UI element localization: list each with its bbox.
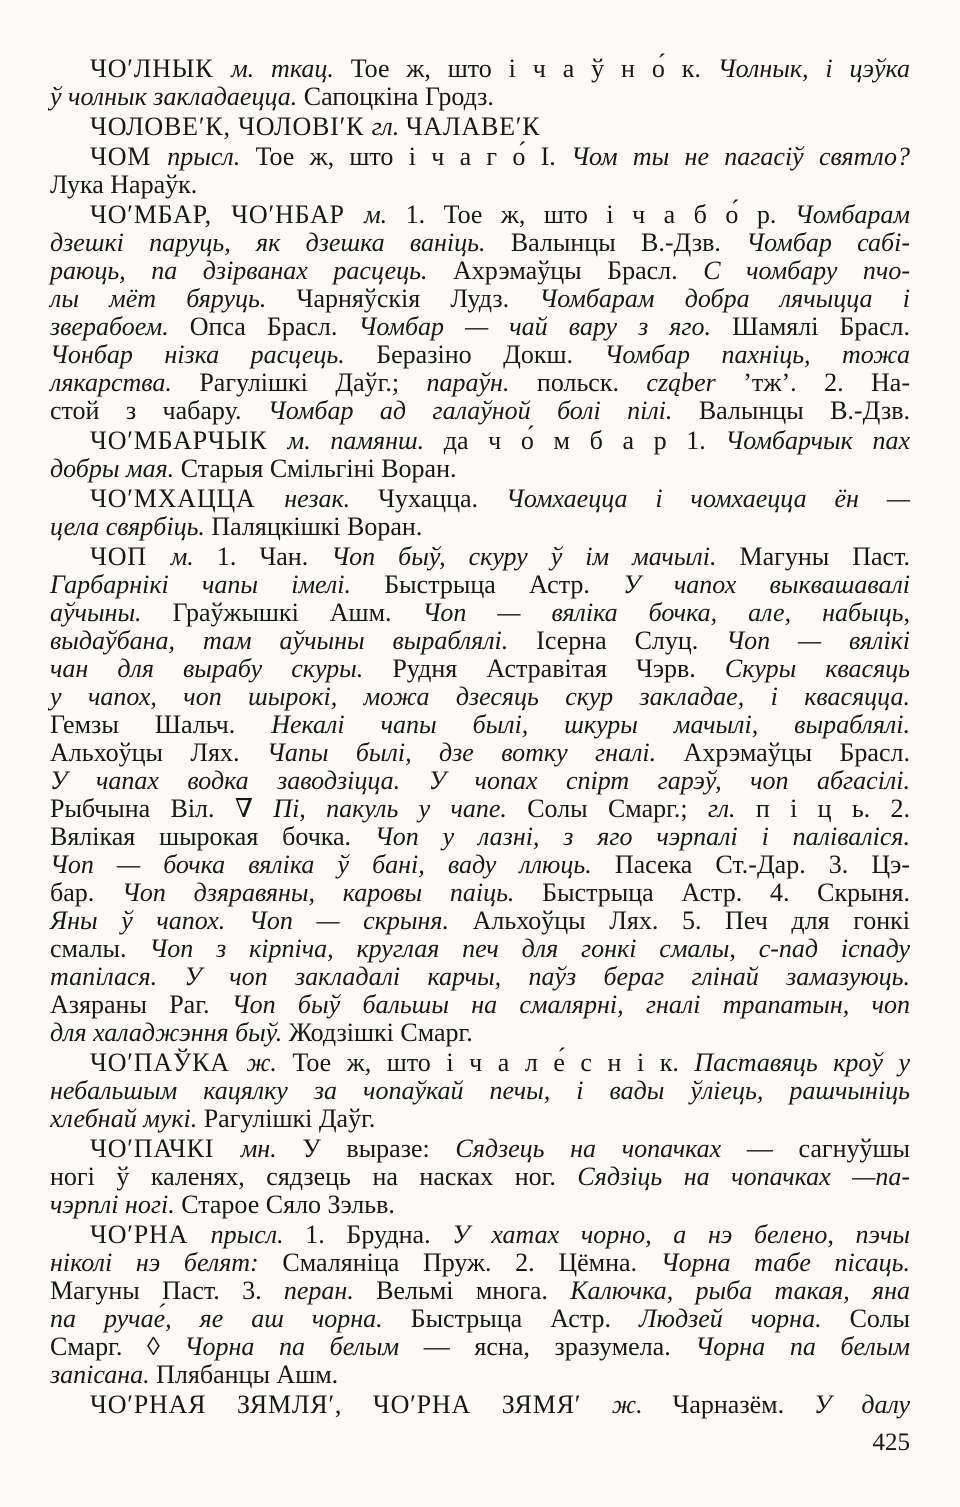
plain-text: смалы. xyxy=(50,934,149,963)
text-line: ЧО′РНА прысл. 1. Брудна. У хатах чорно, … xyxy=(50,1221,910,1249)
example-italic-text: Чоп з кірпіча, круглая печ для гонкі сма… xyxy=(149,934,910,963)
plain-text: Магуны Паст. 3. xyxy=(50,1276,284,1305)
headword-text: ЧО′РНА xyxy=(90,1220,211,1249)
example-italic-text: Чоп — вяліка бочка, але, набыць, xyxy=(423,598,910,627)
text-line: зверабоем. Опса Брасл. Чомбар — чай вару… xyxy=(50,313,910,341)
example-italic-text: Чорна табе пісаць. xyxy=(661,1248,910,1277)
plain-text: Тое ж, што і ч а г о́ I. xyxy=(256,142,572,171)
plain-text: Тое ж, што і ч а ў н о́ к. xyxy=(351,54,718,83)
plain-text: польск. xyxy=(537,368,647,397)
plain-text: Беразіно Докш. xyxy=(376,340,604,369)
example-italic-text: Чоп быў, скуру ў ім мачылі. xyxy=(331,542,739,571)
plain-text: Чарняўскія Лудз. xyxy=(297,284,540,313)
example-italic-text: зверабоем. xyxy=(50,312,190,341)
text-line: ў чолнык закладаецца. Сапоцкіна Гродз. xyxy=(50,83,910,111)
text-line: добры мая. Старыя Смільгіні Воран. xyxy=(50,455,910,483)
text-line: смалы. Чоп з кірпіча, круглая печ для го… xyxy=(50,935,910,963)
example-italic-text: параўн. xyxy=(427,368,537,397)
example-italic-text: Людзей чорна. xyxy=(639,1304,850,1333)
text-line: ніколі нэ белят: Смаляніца Пруж. 2. Цёмн… xyxy=(50,1249,910,1277)
example-italic-text: па ручае́, яе аш чорна. xyxy=(50,1304,411,1333)
plain-text: Плябанцы Ашм. xyxy=(156,1360,338,1389)
example-italic-text: перан. xyxy=(284,1276,376,1305)
headword-text: ЧО′МБАРЧЫК xyxy=(90,426,288,455)
plain-text: Азяраны Раг. xyxy=(50,990,232,1019)
text-line: хлебнай мукі. Рагулішкі Даўг. xyxy=(50,1105,910,1133)
example-italic-text: У хатах чорно, а нэ белено, пэчы xyxy=(452,1220,910,1249)
text-line: ЧО′РНАЯ ЗЯМЛЯ′, ЧО′РНА ЗЯМЯ′ ж. Чарназём… xyxy=(50,1391,910,1419)
text-line: Рыбчына Віл. ∇ Пі, пакуль у чапе. Солы С… xyxy=(50,795,910,823)
example-italic-text: Гарбарнікі чапы імелі. xyxy=(50,570,384,599)
example-italic-text: чан для вырабу скуры. xyxy=(50,654,392,683)
example-italic-text: Чомхаецца і чомхаецца ён — xyxy=(506,484,910,513)
example-italic-text: ў чолнык закладаецца. xyxy=(50,82,304,111)
text-line: Яны ў чапох. Чоп — скрыня. Альхоўцы Лях.… xyxy=(50,907,910,935)
page-number: 425 xyxy=(50,1429,912,1457)
example-italic-text: Чомбар пахніць, тожа xyxy=(604,340,910,369)
plain-text: — ясна, зразумела. xyxy=(424,1332,696,1361)
plain-text: Гемзы Шальч. xyxy=(50,710,271,739)
headword-text: ЧОП xyxy=(90,542,171,571)
example-italic-text: Чоп быў бальшы на смалярні, гналі трапат… xyxy=(232,990,910,1019)
text-line: цела свярбіць. Паляцкішкі Воран. xyxy=(50,513,910,541)
plain-text: ’тж’. 2. На- xyxy=(743,368,910,397)
plain-text: 1. Брудна. xyxy=(305,1220,452,1249)
text-line: ЧО′МБАРЧЫК м. памянш. да ч о́ м б а р 1.… xyxy=(50,427,910,455)
text-line: у чапох, чоп шырокі, можа дзесяць скур з… xyxy=(50,683,910,711)
text-line: Магуны Паст. 3. перан. Вельмі многа. Кал… xyxy=(50,1277,910,1305)
plain-text: Валынцы В.-Дзв. xyxy=(699,396,910,425)
example-italic-text: Чом ты не пагасіў святло? xyxy=(571,142,910,171)
text-line: па ручае́, яе аш чорна. Быстрыца Астр. Л… xyxy=(50,1305,910,1333)
text-line: Чонбар нізка расцець. Беразіно Докш. Чом… xyxy=(50,341,910,369)
example-italic-text: м. xyxy=(171,542,217,571)
text-line: чан для вырабу скуры. Рудня Астравітая Ч… xyxy=(50,655,910,683)
headword-text: ЧАЛАВЕ′К xyxy=(406,112,541,141)
example-italic-text: Сядзіць на чопачках —па- xyxy=(577,1162,910,1191)
text-line: ЧО′ПАЎКА ж. Тое ж, што і ч а л е́ с н і … xyxy=(50,1049,910,1077)
plain-text: Солы xyxy=(850,1304,910,1333)
plain-text: Граўжышкі Ашм. xyxy=(173,598,423,627)
example-italic-text: раюць, па дзірванах расцець. xyxy=(50,256,453,285)
text-line: Гемзы Шальч. Некалі чапы былі, шкуры мач… xyxy=(50,711,910,739)
plain-text: Смарг. ◊ xyxy=(50,1332,185,1361)
example-italic-text: Чомбарам добра лячыцца і xyxy=(539,284,910,313)
plain-text: п і ц ь. 2. xyxy=(756,794,910,823)
example-italic-text: запісана. xyxy=(50,1360,156,1389)
example-italic-text: Чомбар сабі- xyxy=(746,228,910,257)
plain-text: У выразе: xyxy=(302,1134,455,1163)
plain-text: Ісерна Слуц. xyxy=(536,626,726,655)
text-line: аўчыны. Граўжышкі Ашм. Чоп — вяліка бочк… xyxy=(50,599,910,627)
plain-text: Вельмі многа. xyxy=(376,1276,570,1305)
example-italic-text: лы мёт бяруць. xyxy=(50,284,297,313)
example-italic-text: тапілася. У чоп закладалі карчы, паўз бе… xyxy=(50,962,910,991)
example-italic-text: Пі, пакуль у чапе. xyxy=(273,794,527,823)
example-italic-text: Чомбарчык пах xyxy=(725,426,910,455)
headword-text: ЧО′ЛНЫК xyxy=(90,54,231,83)
example-italic-text: добры мая. xyxy=(50,454,181,483)
plain-text: бар. xyxy=(50,878,122,907)
headword-text: ЧО′ПАЎКА xyxy=(90,1048,246,1077)
example-italic-text: незак. xyxy=(284,484,378,513)
example-italic-text: Яны ў чапох. Чоп — скрыня. xyxy=(50,906,473,935)
example-italic-text: выдаўбана, там аўчыны выраблялі. xyxy=(50,626,536,655)
example-italic-text: Чомбарам xyxy=(795,200,910,229)
example-italic-text: ж. xyxy=(246,1048,292,1077)
plain-text: Старое Сяло Зэльв. xyxy=(181,1190,395,1219)
example-italic-text: дзешкі паруць, як дзешка ваніць. xyxy=(50,228,511,257)
plain-text: — сагнуўшы xyxy=(747,1134,910,1163)
headword-text: ЧОМ xyxy=(90,142,167,171)
plain-text: ногі ў каленях, сядзець на насках ног. xyxy=(50,1162,577,1191)
text-line: Вялікая шырокая бочка. Чоп у лазні, з яг… xyxy=(50,823,910,851)
plain-text: Солы Смарг.; xyxy=(527,794,708,823)
example-italic-text: У чапох выквашавалі xyxy=(623,570,910,599)
example-italic-text: у чапох, чоп шырокі, можа дзесяць скур з… xyxy=(50,682,910,711)
text-line: ЧОЛОВЕ′К, ЧОЛОВІ′К гл. ЧАЛАВЕ′К xyxy=(50,113,910,141)
example-italic-text: Некалі чапы былі, шкуры мачылі, выраблял… xyxy=(271,710,910,739)
example-italic-text: Чомбар — чай вару з яго. xyxy=(358,312,732,341)
text-line: запісана. Плябанцы Ашм. xyxy=(50,1361,910,1389)
plain-text: Опса Брасл. xyxy=(190,312,359,341)
example-italic-text: гл. xyxy=(708,794,756,823)
text-line: ЧО′МБАР, ЧО′НБАР м. 1. Тое ж, што і ч а … xyxy=(50,201,910,229)
example-italic-text: ж. xyxy=(612,1390,673,1419)
plain-text: Быстрыца Астр. 4. Скрыня. xyxy=(542,878,910,907)
example-italic-text: небальшым кацялку за чопаўкай печы, і ва… xyxy=(50,1076,910,1105)
plain-text: Чухацца. xyxy=(378,484,506,513)
text-line: дзешкі паруць, як дзешка ваніць. Валынцы… xyxy=(50,229,910,257)
text-line: ЧО′ПАЧКІ мн. У выразе: Сядзець на чопачк… xyxy=(50,1135,910,1163)
dictionary-page: ЧО′ЛНЫК м. ткац. Тое ж, што і ч а ў н о́… xyxy=(0,0,960,1507)
plain-text: Чарназём. xyxy=(672,1390,814,1419)
plain-text: Рагулішкі Даўг. xyxy=(204,1104,376,1133)
text-line: Гарбарнікі чапы імелі. Быстрыца Астр. У … xyxy=(50,571,910,599)
example-italic-text: cząber xyxy=(646,368,743,397)
headword-text: ЧОЛОВЕ′К, ЧОЛОВІ′К xyxy=(90,112,372,141)
plain-text: Альхоўцы Лях. 5. Печ для гонкі xyxy=(473,906,910,935)
plain-text: Ахрэмаўцы Брасл. xyxy=(453,256,703,285)
text-line: Альхоўцы Лях. Чапы былі, дзе вотку гналі… xyxy=(50,739,910,767)
text-line: Чоп — бочка вяліка ў бані, ваду ллюць. П… xyxy=(50,851,910,879)
example-italic-text: м. ткац. xyxy=(231,54,351,83)
plain-text: Пасека Ст.-Дар. 3. Цэ- xyxy=(615,850,910,879)
text-line: бар. Чоп дзяравяны, каровы паіць. Быстры… xyxy=(50,879,910,907)
headword-text: ЧО′РНАЯ ЗЯМЛЯ′, ЧО′РНА ЗЯМЯ′ xyxy=(90,1390,612,1419)
text-line: ногі ў каленях, сядзець на насках ног. С… xyxy=(50,1163,910,1191)
headword-text: ЧО′ПАЧКІ xyxy=(90,1134,241,1163)
example-italic-text: для халаджэння быў. xyxy=(50,1018,289,1047)
text-line: чэрплі ногі. Старое Сяло Зэльв. xyxy=(50,1191,910,1219)
example-italic-text: мн. xyxy=(241,1134,303,1163)
plain-text: Альхоўцы Лях. xyxy=(50,738,267,767)
text-line: Лука Нараўк. xyxy=(50,171,910,199)
plain-text: Валынцы В.-Дзв. xyxy=(511,228,746,257)
plain-text: Магуны Паст. xyxy=(740,542,911,571)
plain-text: 1. Тое ж, што і ч а б о́ р. xyxy=(406,200,795,229)
text-line: выдаўбана, там аўчыны выраблялі. Ісерна … xyxy=(50,627,910,655)
text-line: ЧО′ЛНЫК м. ткац. Тое ж, што і ч а ў н о́… xyxy=(50,55,910,83)
example-italic-text: У чапах водка заводзіцца. У чопах спірт … xyxy=(50,766,910,795)
example-italic-text: Чоп у лазні, з яго чэрпалі і паліваліся. xyxy=(375,822,910,851)
example-italic-text: лякарства. xyxy=(50,368,199,397)
example-italic-text: м. xyxy=(364,200,406,229)
headword-text: ЧО′МХАЦЦА xyxy=(90,484,284,513)
plain-text: Рудня Астравітая Чэрв. xyxy=(392,654,725,683)
plain-text: Рыбчына Віл. ∇ xyxy=(50,794,273,823)
example-italic-text: прысл. xyxy=(211,1220,306,1249)
example-italic-text: Чапы былі, дзе вотку гналі. xyxy=(267,738,684,767)
example-italic-text: ніколі нэ белят: xyxy=(50,1248,282,1277)
example-italic-text: гл. xyxy=(372,112,406,141)
text-line: стой з чабару. Чомбар ад галаўной болі п… xyxy=(50,397,910,425)
plain-text: Сапоцкіна Гродз. xyxy=(304,82,494,111)
plain-text: Тое ж, што і ч а л е́ с н і к. xyxy=(292,1048,694,1077)
text-line: Азяраны Раг. Чоп быў бальшы на смалярні,… xyxy=(50,991,910,1019)
plain-text: Ахрэмаўцы Брасл. xyxy=(684,738,910,767)
plain-text: Паляцкішкі Воран. xyxy=(211,512,422,541)
example-italic-text: Чоп — вялікі xyxy=(726,626,910,655)
example-italic-text: Чомбар ад галаўной болі пілі. xyxy=(268,396,699,425)
example-italic-text: Паставяць кроў у xyxy=(694,1048,910,1077)
example-italic-text: С чомбару пчо- xyxy=(703,256,910,285)
plain-text: Шамялі Брасл. xyxy=(732,312,910,341)
example-italic-text: прысл. xyxy=(167,142,255,171)
example-italic-text: Калючка, рыба такая, яна xyxy=(570,1276,910,1305)
example-italic-text: Чоп дзяравяны, каровы паіць. xyxy=(122,878,542,907)
example-italic-text: Чоп — бочка вяліка ў бані, ваду ллюць. xyxy=(50,850,615,879)
text-line: У чапах водка заводзіцца. У чопах спірт … xyxy=(50,767,910,795)
example-italic-text: хлебнай мукі. xyxy=(50,1104,204,1133)
plain-text: Вялікая шырокая бочка. xyxy=(50,822,375,851)
example-italic-text: Чолнык, і цэўка xyxy=(718,54,910,83)
plain-text: Быстрыца Астр. xyxy=(384,570,623,599)
text-line: ЧОМ прысл. Тое ж, што і ч а г о́ I. Чом … xyxy=(50,143,910,171)
plain-text: 1. Чан. xyxy=(217,542,331,571)
example-italic-text: м. памянш. xyxy=(288,426,444,455)
page-text: ЧО′ЛНЫК м. ткац. Тое ж, што і ч а ў н о́… xyxy=(50,55,910,1419)
text-line: Смарг. ◊ Чорна па белым — ясна, зразумел… xyxy=(50,1333,910,1361)
example-italic-text: Чонбар нізка расцець. xyxy=(50,340,376,369)
example-italic-text: аўчыны. xyxy=(50,598,173,627)
text-line: ЧО′МХАЦЦА незак. Чухацца. Чомхаецца і чо… xyxy=(50,485,910,513)
example-italic-text: Скуры квасяць xyxy=(725,654,910,683)
plain-text: Смаляніца Пруж. 2. Цёмна. xyxy=(282,1248,660,1277)
text-line: для халаджэння быў. Жодзішкі Смарг. xyxy=(50,1019,910,1047)
example-italic-text: Чорна па белым xyxy=(185,1332,424,1361)
plain-text: Жодзішкі Смарг. xyxy=(289,1018,473,1047)
text-line: раюць, па дзірванах расцець. Ахрэмаўцы Б… xyxy=(50,257,910,285)
plain-text: Быстрыца Астр. xyxy=(411,1304,639,1333)
headword-text: ЧО′МБАР, ЧО′НБАР xyxy=(90,200,364,229)
plain-text: Лука Нараўк. xyxy=(50,170,197,199)
text-line: ЧОП м. 1. Чан. Чоп быў, скуру ў ім мачыл… xyxy=(50,543,910,571)
plain-text: Рагулішкі Даўг.; xyxy=(199,368,426,397)
plain-text: да ч о́ м б а р 1. xyxy=(444,426,726,455)
text-line: лякарства. Рагулішкі Даўг.; параўн. поль… xyxy=(50,369,910,397)
plain-text: Старыя Смільгіні Воран. xyxy=(181,454,457,483)
text-line: небальшым кацялку за чопаўкай печы, і ва… xyxy=(50,1077,910,1105)
example-italic-text: Чорна па белым xyxy=(695,1332,910,1361)
example-italic-text: Сядзець на чопачках xyxy=(455,1134,746,1163)
text-line: тапілася. У чоп закладалі карчы, паўз бе… xyxy=(50,963,910,991)
example-italic-text: чэрплі ногі. xyxy=(50,1190,181,1219)
text-line: лы мёт бяруць. Чарняўскія Лудз. Чомбарам… xyxy=(50,285,910,313)
example-italic-text: цела свярбіць. xyxy=(50,512,211,541)
plain-text: стой з чабару. xyxy=(50,396,268,425)
example-italic-text: У далу xyxy=(814,1390,910,1419)
